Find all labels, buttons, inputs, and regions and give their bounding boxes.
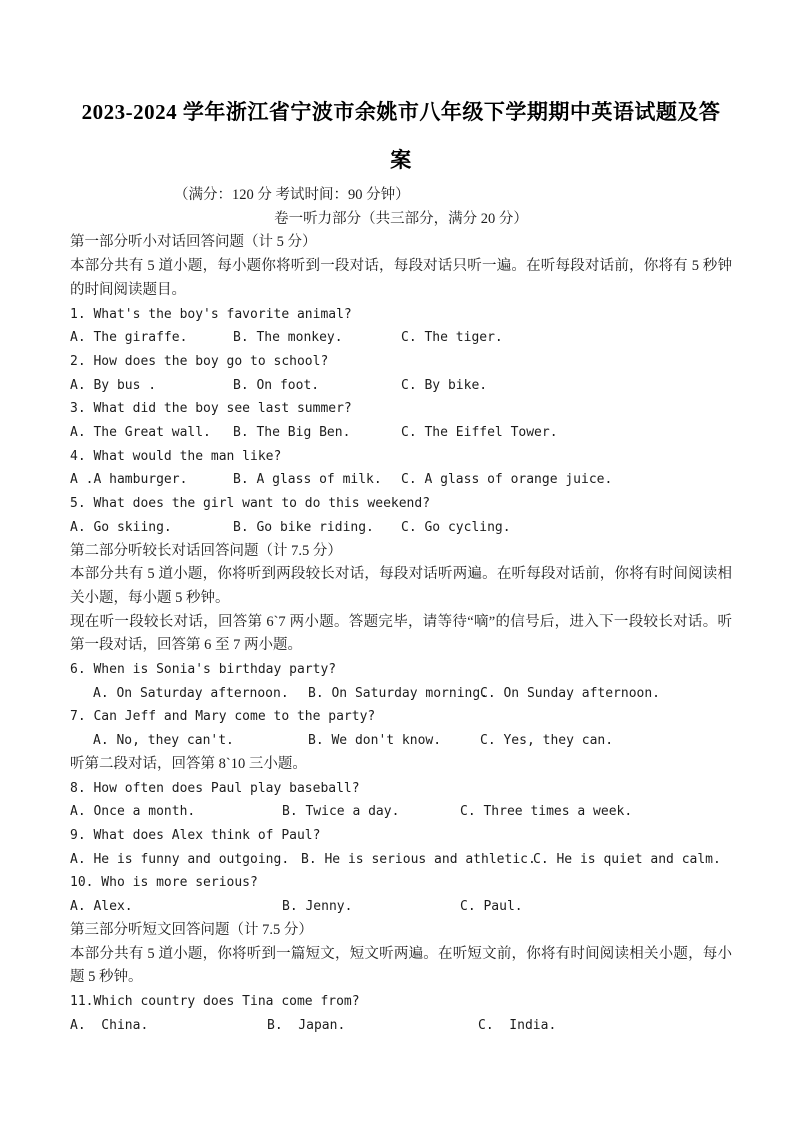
options-row: A. Alex.B. Jenny.C. Paul. xyxy=(70,895,732,919)
question: 4. What would the man like? xyxy=(70,445,732,469)
option-b: B. Japan. xyxy=(267,1014,478,1038)
paragraph: 现在听一段较长对话，回答第 6`7 两小题。答题完毕，请等待“嘀”的信号后，进入… xyxy=(70,611,732,658)
question: 6. When is Sonia's birthday party? xyxy=(70,658,732,682)
exam-meta: （满分：120 分 考试时间：90 分钟） xyxy=(174,184,732,208)
question: 10. Who is more serious? xyxy=(70,871,732,895)
option-a: A. Once a month. xyxy=(70,800,282,824)
options-row: A. He is funny and outgoing.B. He is ser… xyxy=(70,848,732,872)
document-title-line-1: 2023-2024 学年浙江省宁波市余姚市八年级下学期期中英语试题及答 xyxy=(70,88,732,136)
question: 5. What does the girl want to do this we… xyxy=(70,492,732,516)
option-c: C. Yes, they can. xyxy=(480,729,732,753)
option-c: C. He is quiet and calm. xyxy=(533,848,732,872)
option-b: B. On Saturday morning. xyxy=(308,682,480,706)
options-row: A. Go skiing.B. Go bike riding.C. Go cyc… xyxy=(70,516,732,540)
option-a: A. No, they can't. xyxy=(93,729,308,753)
option-a: A. On Saturday afternoon. xyxy=(93,682,308,706)
document-body: 第一部分听小对话回答问题（计 5 分）本部分共有 5 道小题，每小题你将听到一段… xyxy=(70,231,732,1037)
option-c: C. Three times a week. xyxy=(460,800,732,824)
option-b: B. Go bike riding. xyxy=(233,516,401,540)
question: 1. What's the boy's favorite animal? xyxy=(70,303,732,327)
option-b: B. The Big Ben. xyxy=(233,421,401,445)
option-c: C. A glass of orange juice. xyxy=(401,468,732,492)
options-row: A. Once a month.B. Twice a day.C. Three … xyxy=(70,800,732,824)
section-heading: 第二部分听较长对话回答问题（计 7.5 分） xyxy=(70,540,732,564)
document-title-line-2: 案 xyxy=(70,136,732,184)
question: 9. What does Alex think of Paul? xyxy=(70,824,732,848)
option-c: C. By bike. xyxy=(401,374,732,398)
option-a: A .A hamburger. xyxy=(70,468,233,492)
paragraph: 听第二段对话，回答第 8`10 三小题。 xyxy=(70,753,732,777)
exam-document: 2023-2024 学年浙江省宁波市余姚市八年级下学期期中英语试题及答 案 （满… xyxy=(0,0,793,1122)
options-row: A. China.B. Japan.C. India. xyxy=(70,1014,732,1038)
option-a: A. Alex. xyxy=(70,895,282,919)
paragraph: 本部分共有 5 道小题，你将听到一篇短文，短文听两遍。在听短文前，你将有时间阅读… xyxy=(70,943,732,990)
option-c: C. Go cycling. xyxy=(401,516,732,540)
options-row: A .A hamburger.B. A glass of milk.C. A g… xyxy=(70,468,732,492)
question: 2. How does the boy go to school? xyxy=(70,350,732,374)
paragraph: 本部分共有 5 道小题，你将听到两段较长对话，每段对话听两遍。在听每段对话前，你… xyxy=(70,563,732,610)
option-c: C. The tiger. xyxy=(401,326,732,350)
question: 3. What did the boy see last summer? xyxy=(70,397,732,421)
options-row: A. By bus .B. On foot.C. By bike. xyxy=(70,374,732,398)
question: 7. Can Jeff and Mary come to the party? xyxy=(70,705,732,729)
paragraph: 本部分共有 5 道小题，每小题你将听到一段对话，每段对话只听一遍。在听每段对话前… xyxy=(70,255,732,302)
option-b: B. We don't know. xyxy=(308,729,480,753)
section-heading: 第三部分听短文回答问题（计 7.5 分） xyxy=(70,919,732,943)
option-b: B. On foot. xyxy=(233,374,401,398)
option-a: A. The giraffe. xyxy=(70,326,233,350)
question: 8. How often does Paul play baseball? xyxy=(70,777,732,801)
option-b: B. Jenny. xyxy=(282,895,460,919)
option-c: C. India. xyxy=(478,1014,732,1038)
question: 11.Which country does Tina come from? xyxy=(70,990,732,1014)
options-row: A. On Saturday afternoon.B. On Saturday … xyxy=(70,682,732,706)
option-b: B. A glass of milk. xyxy=(233,468,401,492)
option-c: C. The Eiffel Tower. xyxy=(401,421,732,445)
option-b: B. He is serious and athletic. xyxy=(301,848,533,872)
option-a: A. By bus . xyxy=(70,374,233,398)
options-row: A. The giraffe.B. The monkey.C. The tige… xyxy=(70,326,732,350)
section-banner: 卷一听力部分（共三部分，满分 20 分） xyxy=(70,208,732,232)
option-a: A. Go skiing. xyxy=(70,516,233,540)
options-row: A. The Great wall.B. The Big Ben.C. The … xyxy=(70,421,732,445)
options-row: A. No, they can't.B. We don't know.C. Ye… xyxy=(70,729,732,753)
option-b: B. The monkey. xyxy=(233,326,401,350)
option-b: B. Twice a day. xyxy=(282,800,460,824)
option-a: A. The Great wall. xyxy=(70,421,233,445)
option-c: C. Paul. xyxy=(460,895,732,919)
option-a: A. He is funny and outgoing. xyxy=(70,848,301,872)
option-c: C. On Sunday afternoon. xyxy=(480,682,732,706)
section-heading: 第一部分听小对话回答问题（计 5 分） xyxy=(70,231,732,255)
option-a: A. China. xyxy=(70,1014,267,1038)
